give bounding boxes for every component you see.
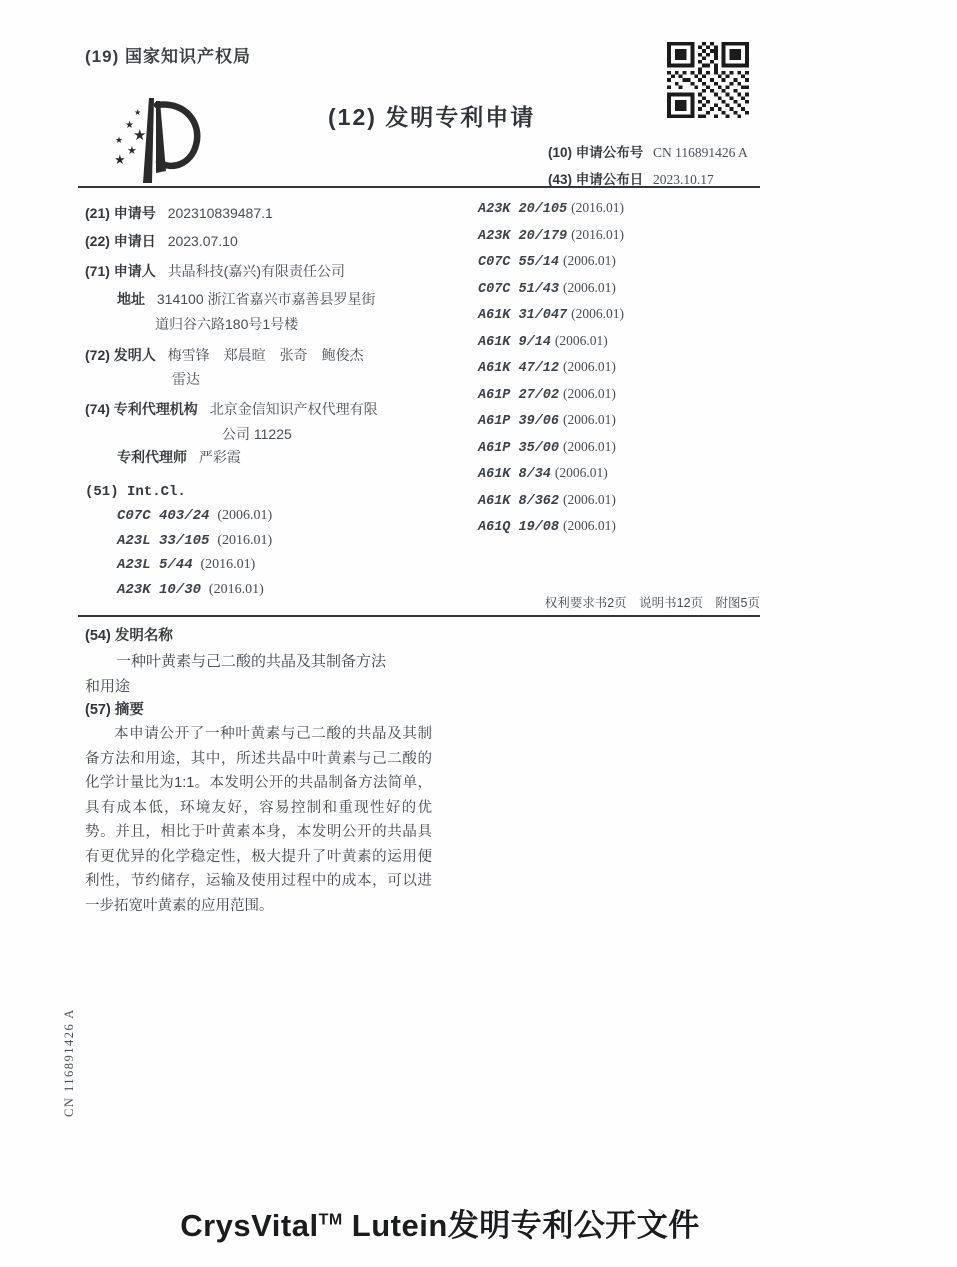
ipc-row: A23K 20/179(2016.01) bbox=[478, 223, 778, 250]
ipc-row: A23K 20/105(2016.01) bbox=[478, 196, 778, 223]
agent-row: 专利代理师 严彩霞 bbox=[117, 447, 241, 467]
star-icon: ★ bbox=[127, 144, 137, 157]
ipc-code: A23L 33/105 bbox=[117, 533, 209, 549]
ipc-version: (2006.01) bbox=[563, 492, 616, 507]
intcl-label: (51) Int.Cl. bbox=[85, 484, 186, 500]
ipc-code: A61P 35/00 bbox=[478, 441, 559, 456]
address-label: 地址 bbox=[117, 291, 145, 307]
ipc-code: A23K 10/30 bbox=[117, 582, 201, 598]
ipc-code: C07C 51/43 bbox=[478, 282, 559, 297]
address-value-line2: 道归谷六路180号1号楼 bbox=[155, 316, 298, 332]
ipc-version: (2006.01) bbox=[217, 508, 272, 523]
trademark-symbol: TM bbox=[319, 1212, 343, 1229]
ipc-row: A61P 27/02(2006.01) bbox=[478, 382, 778, 409]
filing-date-row: (22) 申请日 2023.07.10 bbox=[85, 231, 238, 251]
publication-date-row: (43) 申请公布日 2023.10.17 bbox=[548, 166, 788, 193]
invention-title-label: (54) 发明名称 bbox=[85, 624, 173, 645]
address-row-continued: 道归谷六路180号1号楼 bbox=[155, 314, 298, 334]
ipc-version: (2006.01) bbox=[563, 439, 616, 454]
ipc-version: (2006.01) bbox=[555, 465, 608, 480]
applicant-label: (71) 申请人 bbox=[85, 263, 156, 279]
ipc-version: (2006.01) bbox=[571, 306, 624, 321]
section-divider bbox=[78, 615, 760, 617]
filing-date-value: 2023.07.10 bbox=[168, 233, 238, 249]
ipc-code: A23L 5/44 bbox=[117, 557, 193, 573]
ipc-row: A61P 35/00(2006.01) bbox=[478, 435, 778, 462]
ipc-row: A61P 39/06(2006.01) bbox=[478, 408, 778, 435]
publication-block: (10) 申请公布号 CN 116891426 A (43) 申请公布日 202… bbox=[548, 139, 788, 193]
ipc-row: A61K 31/047(2006.01) bbox=[478, 302, 778, 329]
star-icon: ★ bbox=[133, 126, 146, 144]
ipc-code: A61Q 19/08 bbox=[478, 520, 559, 535]
ipc-code: A61K 47/12 bbox=[478, 361, 559, 376]
agent-label: 专利代理师 bbox=[117, 449, 187, 465]
ipc-code: A61P 27/02 bbox=[478, 388, 559, 403]
logo-stars: ★ ★ ★ ★ ★ ★ bbox=[114, 108, 146, 168]
ipc-version: (2016.01) bbox=[209, 582, 264, 597]
star-icon: ★ bbox=[114, 153, 126, 168]
ipc-code: A23K 20/179 bbox=[478, 229, 567, 244]
qr-code-icon bbox=[667, 42, 749, 118]
agency-row-continued: 公司 11225 bbox=[222, 424, 292, 444]
ipc-right-column: A23K 20/105(2016.01) A23K 20/179(2016.01… bbox=[478, 196, 778, 541]
ipc-row: A61K 8/362(2006.01) bbox=[478, 488, 778, 515]
brand-name: CrysVital bbox=[180, 1208, 318, 1243]
filing-date-label: (22) 申请日 bbox=[85, 233, 156, 249]
ipc-version: (2006.01) bbox=[563, 518, 616, 533]
inventors-value-line2: 雷达 bbox=[172, 371, 200, 387]
abstract-text: 本申请公开了一种叶黄素与己二酸的共晶及其制备方法和用途，其中，所述共晶中叶黄素与… bbox=[85, 722, 432, 918]
publication-number-value: CN 116891426 A bbox=[653, 145, 748, 160]
inventors-row-continued: 雷达 bbox=[172, 369, 200, 389]
publication-number-row: (10) 申请公布号 CN 116891426 A bbox=[548, 139, 788, 166]
publication-number-label: (10) 申请公布号 bbox=[548, 145, 643, 160]
ipc-row: A61K 9/14(2006.01) bbox=[478, 329, 778, 356]
ipc-row: A61Q 19/08(2006.01) bbox=[478, 514, 778, 541]
agency-row: (74) 专利代理机构 北京金信知识产权代理有限 bbox=[85, 399, 378, 419]
ipc-version: (2006.01) bbox=[563, 359, 616, 374]
ipc-row: A23L 33/105 (2016.01) bbox=[117, 529, 272, 551]
star-icon: ★ bbox=[134, 108, 141, 117]
ipc-version: (2006.01) bbox=[563, 253, 616, 268]
applicant-value: 共晶科技(嘉兴)有限责任公司 bbox=[168, 263, 345, 279]
ipc-row: C07C 55/14(2006.01) bbox=[478, 249, 778, 276]
agency-value-line1: 北京金信知识产权代理有限 bbox=[210, 401, 378, 417]
ipc-row: A61K 47/12(2006.01) bbox=[478, 355, 778, 382]
ipc-code: A61K 9/14 bbox=[478, 335, 551, 350]
application-number-label: (21) 申请号 bbox=[85, 205, 156, 221]
ipc-row: A23L 5/44 (2016.01) bbox=[117, 553, 255, 575]
pages-summary: 权利要求书2页 说明书12页 附图5页 bbox=[430, 593, 760, 611]
ipc-code: A61K 31/047 bbox=[478, 308, 567, 323]
address-row: 地址 314100 浙江省嘉兴市嘉善县罗星街 bbox=[117, 289, 376, 309]
ipc-version: (2006.01) bbox=[563, 280, 616, 295]
inventors-label: (72) 发明人 bbox=[85, 347, 156, 363]
agency-value-line2: 公司 11225 bbox=[222, 426, 292, 442]
applicant-row: (71) 申请人 共晶科技(嘉兴)有限责任公司 bbox=[85, 261, 345, 281]
ipc-code: A61P 39/06 bbox=[478, 414, 559, 429]
ipc-code: C07C 403/24 bbox=[117, 508, 209, 524]
ipc-version: (2016.01) bbox=[201, 557, 256, 572]
ipc-row: C07C 51/43(2006.01) bbox=[478, 276, 778, 303]
inventors-row: (72) 发明人 梅雪锋 郑晨暄 张奇 鲍俊杰 bbox=[85, 345, 364, 365]
header-divider bbox=[78, 186, 760, 188]
ipc-row: A61K 8/34(2006.01) bbox=[478, 461, 778, 488]
ipc-code: A61K 8/34 bbox=[478, 467, 551, 482]
agent-value: 严彩霞 bbox=[199, 449, 241, 465]
publication-date-value: 2023.10.17 bbox=[653, 172, 714, 187]
ipc-version: (2006.01) bbox=[563, 412, 616, 427]
ipc-version: (2006.01) bbox=[563, 386, 616, 401]
intcl-row: (51) Int.Cl. bbox=[85, 480, 186, 502]
caption-text: Lutein发明专利公开文件 bbox=[343, 1208, 700, 1243]
ipc-row: A23K 10/30 (2016.01) bbox=[117, 578, 264, 600]
invention-title-line1: 一种叶黄素与己二酸的共晶及其制备方法 bbox=[116, 650, 386, 671]
star-icon: ★ bbox=[115, 136, 123, 146]
ipc-code: A61K 8/362 bbox=[478, 494, 559, 509]
bibliographic-left-column: (21) 申请号 202310839487.1 (22) 申请日 2023.07… bbox=[85, 196, 485, 596]
publication-date-label: (43) 申请公布日 bbox=[548, 172, 643, 187]
inventors-value-line1: 梅雪锋 郑晨暄 张奇 鲍俊杰 bbox=[168, 347, 364, 363]
document-type-title: (12) 发明专利申请 bbox=[328, 99, 535, 132]
ipc-code: A23K 20/105 bbox=[478, 202, 567, 217]
ipc-version: (2016.01) bbox=[571, 200, 624, 215]
patent-front-page: (19) 国家知识产权局 ★ ★ ★ ★ ★ ★ (12) 发明专利申请 (10… bbox=[0, 0, 957, 1267]
side-publication-number: CN 116891426 A bbox=[62, 1008, 77, 1117]
office-name: (19) 国家知识产权局 bbox=[85, 42, 251, 67]
address-value-line1: 314100 浙江省嘉兴市嘉善县罗星街 bbox=[157, 291, 376, 307]
agency-label: (74) 专利代理机构 bbox=[85, 401, 198, 417]
invention-title-line2: 和用途 bbox=[85, 675, 130, 696]
abstract-label: (57) 摘要 bbox=[85, 698, 144, 719]
footer-caption: CrysVitalTM Lutein发明专利公开文件 bbox=[0, 1200, 880, 1245]
ipc-version: (2006.01) bbox=[555, 333, 608, 348]
ipc-code: C07C 55/14 bbox=[478, 255, 559, 270]
ipc-version: (2016.01) bbox=[571, 227, 624, 242]
application-number-row: (21) 申请号 202310839487.1 bbox=[85, 203, 273, 223]
ipc-version: (2016.01) bbox=[217, 533, 272, 548]
cnipa-logo-icon: ★ ★ ★ ★ ★ ★ bbox=[106, 90, 218, 190]
application-number-value: 202310839487.1 bbox=[168, 205, 273, 221]
ipc-row: C07C 403/24 (2006.01) bbox=[117, 504, 272, 526]
